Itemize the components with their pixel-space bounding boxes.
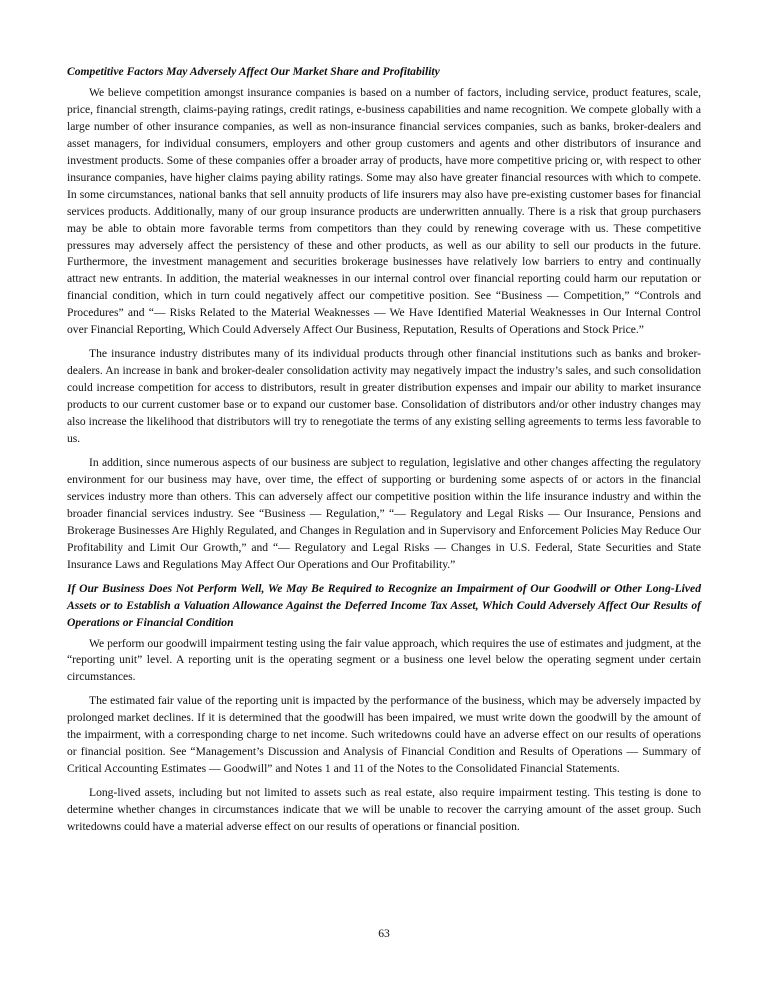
paragraph: In addition, since numerous aspects of o… (67, 455, 701, 574)
document-page: Competitive Factors May Adversely Affect… (67, 64, 701, 843)
section-heading: If Our Business Does Not Perform Well, W… (67, 581, 701, 632)
page-number: 63 (0, 927, 768, 940)
paragraph: We perform our goodwill impairment testi… (67, 636, 701, 687)
paragraph: Long-lived assets, including but not lim… (67, 785, 701, 836)
paragraph: The estimated fair value of the reportin… (67, 693, 701, 778)
section-goodwill-impairment: If Our Business Does Not Perform Well, W… (67, 581, 701, 836)
paragraph: We believe competition amongst insurance… (67, 85, 701, 339)
paragraph: The insurance industry distributes many … (67, 346, 701, 448)
section-competitive-factors: Competitive Factors May Adversely Affect… (67, 64, 701, 574)
section-heading: Competitive Factors May Adversely Affect… (67, 64, 701, 81)
